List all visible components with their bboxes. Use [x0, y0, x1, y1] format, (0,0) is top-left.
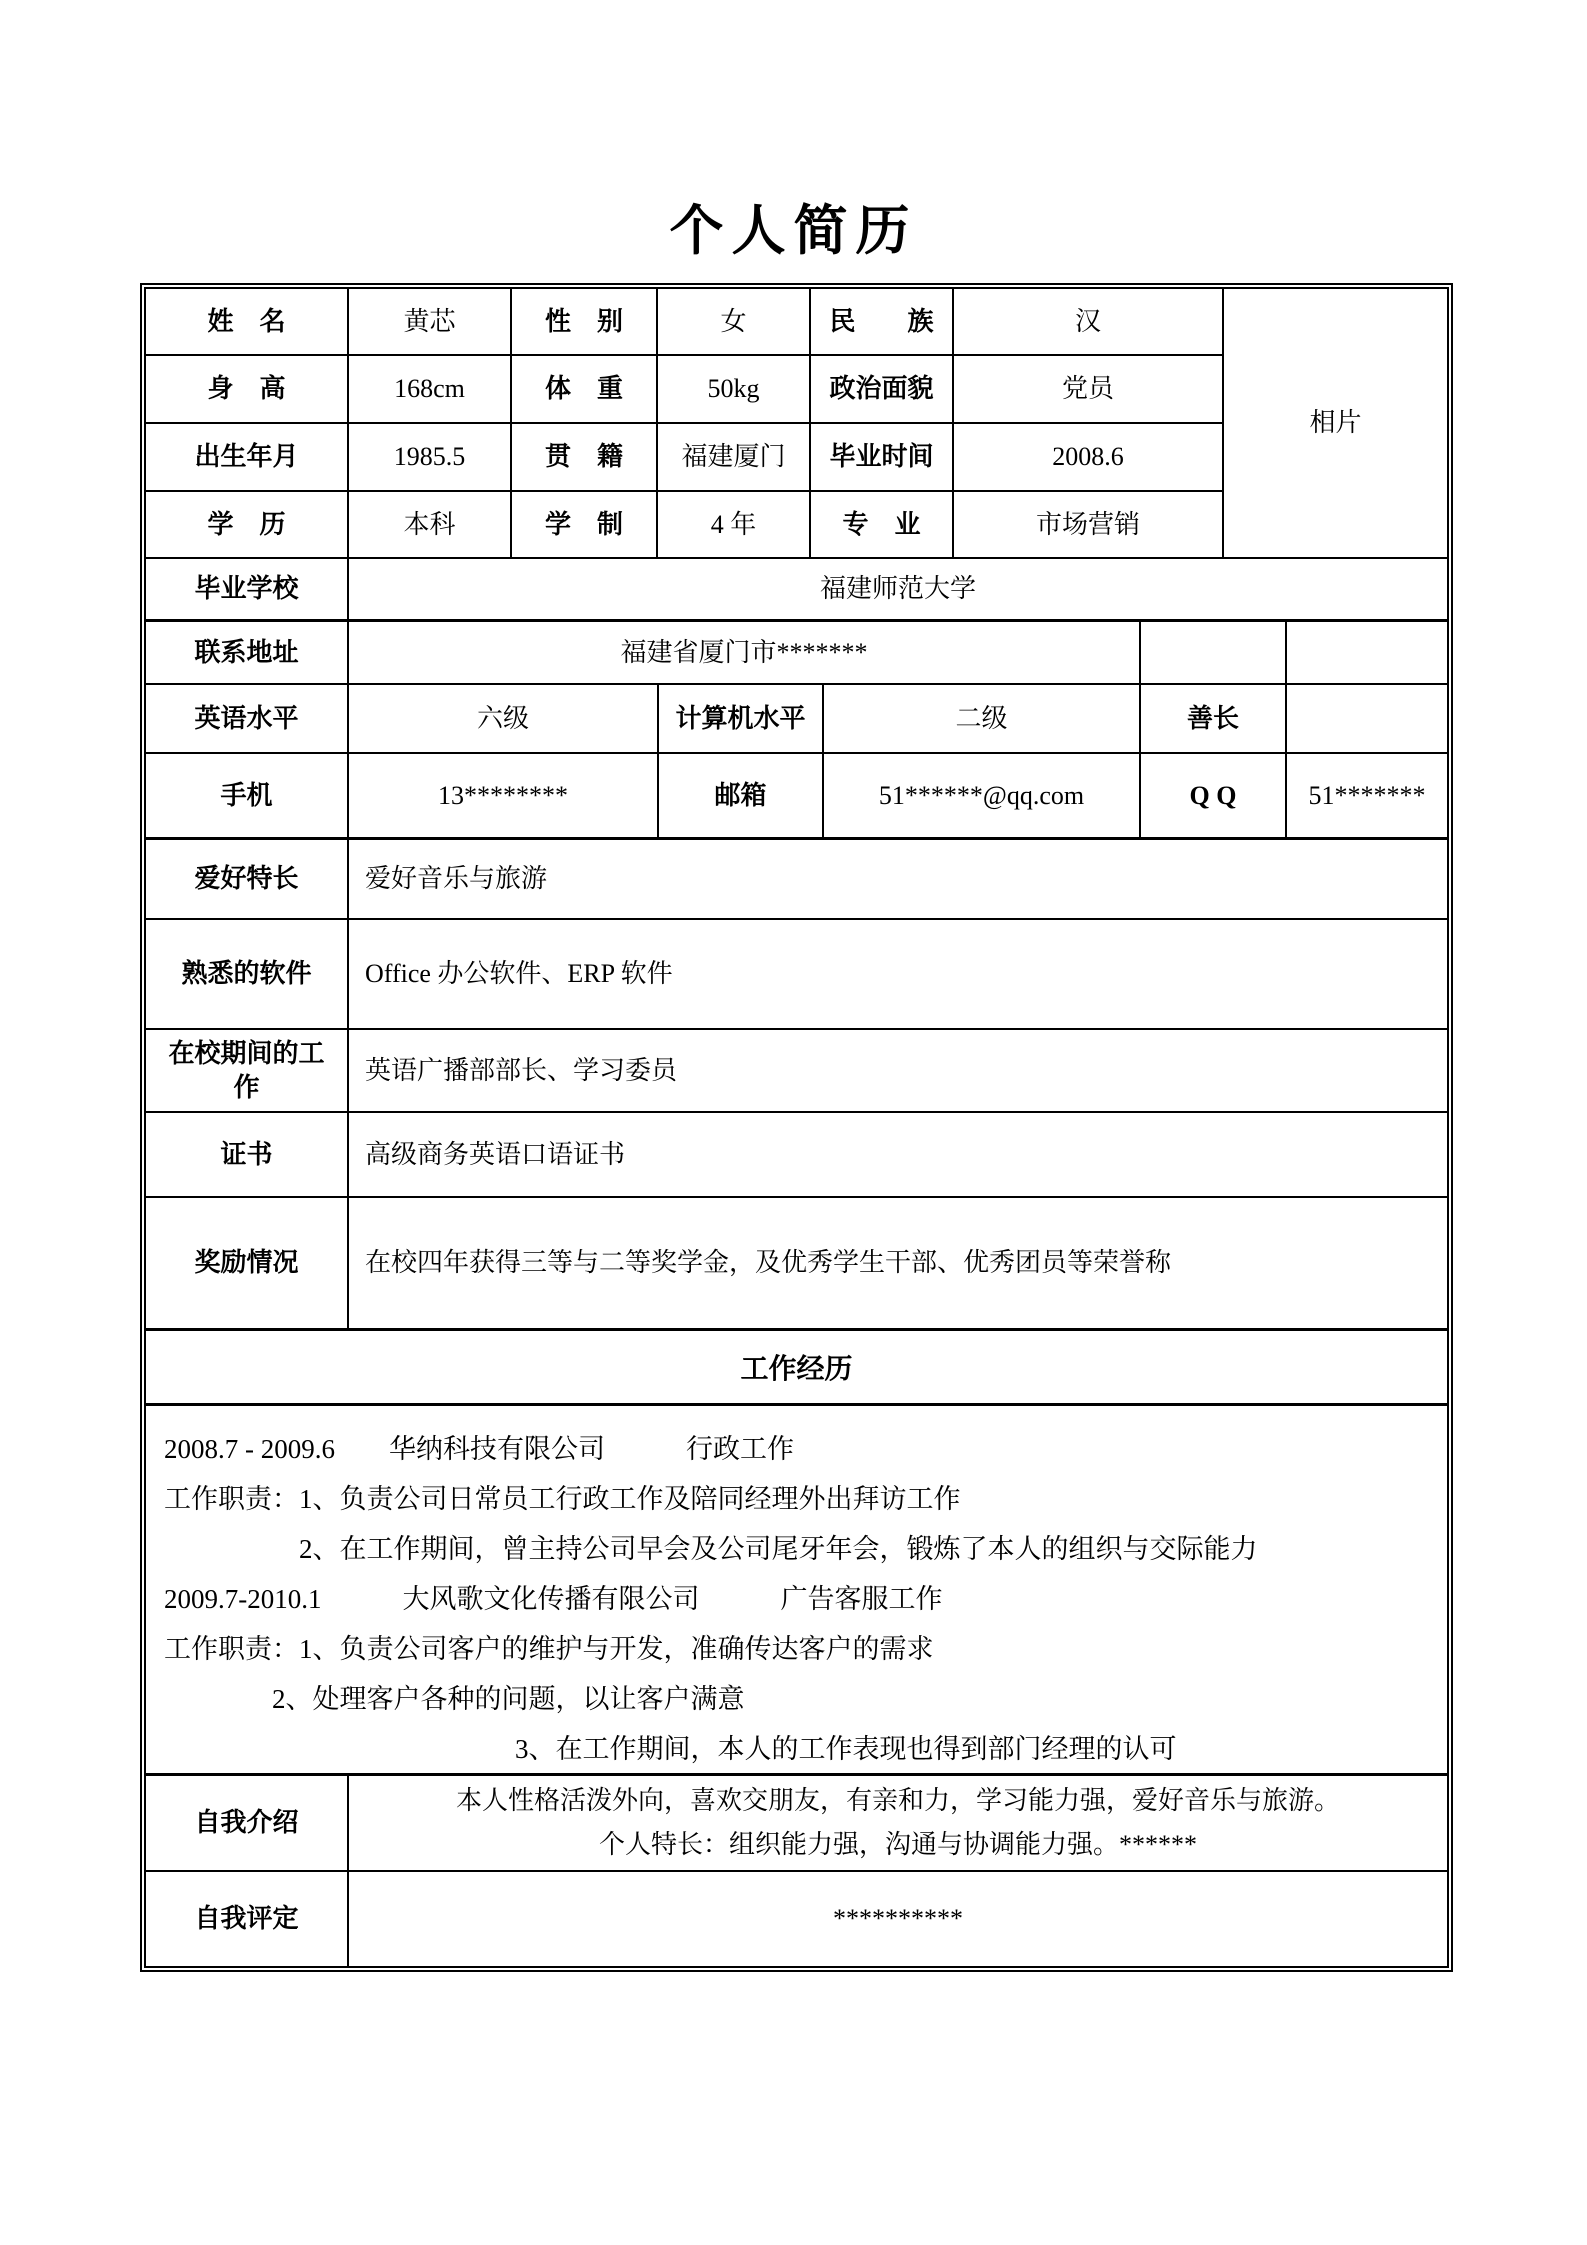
resume-page: 个人简历 姓 名 黄芯 性 别 女 民 族 汉 相片 身 高 168cm 体 重… — [0, 0, 1587, 2245]
height-label: 身 高 — [146, 356, 349, 424]
graduation-time-label: 毕业时间 — [811, 424, 954, 492]
certificates-value: 高级商务英语口语证书 — [349, 1113, 1447, 1198]
section-contact-info: 联系地址 福建省厦门市******* 英语水平 六级 计算机水平 二级 善长 手… — [146, 622, 1447, 840]
specialty-label: 善长 — [1141, 685, 1287, 754]
political-status-value: 党员 — [954, 356, 1224, 424]
self-assessment-value: ********** — [349, 1872, 1447, 1966]
work-experience-line: 工作职责：1、负责公司客户的维护与开发，准确传达客户的需求 — [164, 1624, 1429, 1674]
birth-date-value: 1985.5 — [349, 424, 512, 492]
schooling-length-value: 4 年 — [658, 492, 811, 559]
graduate-school-label: 毕业学校 — [146, 559, 349, 619]
birth-date-label: 出生年月 — [146, 424, 349, 492]
name-label: 姓 名 — [146, 289, 349, 356]
section-self: 自我介绍 本人性格活泼外向，喜欢交朋友，有亲和力，学习能力强，爱好音乐与旅游。 … — [146, 1776, 1447, 1966]
software-label: 熟悉的软件 — [146, 920, 349, 1030]
work-experience-line: 2、在工作期间，曾主持公司早会及公司尾牙年会，锻炼了本人的组织与交际能力 — [164, 1524, 1429, 1574]
work-experience-block: 2008.7 - 2009.6 华纳科技有限公司 行政工作 工作职责：1、负责公… — [146, 1406, 1447, 1776]
self-intro-value: 本人性格活泼外向，喜欢交朋友，有亲和力，学习能力强，爱好音乐与旅游。 个人特长：… — [349, 1776, 1447, 1872]
native-place-value: 福建厦门 — [658, 424, 811, 492]
weight-label: 体 重 — [512, 356, 658, 424]
ethnicity-label: 民 族 — [811, 289, 954, 356]
major-label: 专 业 — [811, 492, 954, 559]
political-status-label: 政治面貌 — [811, 356, 954, 424]
weight-value: 50kg — [658, 356, 811, 424]
self-assessment-label: 自我评定 — [146, 1872, 349, 1966]
graduate-school-value: 福建师范大学 — [349, 559, 1447, 619]
self-intro-line2: 个人特长：组织能力强，沟通与协调能力强。****** — [599, 1823, 1197, 1867]
section-basic-info: 姓 名 黄芯 性 别 女 民 族 汉 相片 身 高 168cm 体 重 50kg… — [146, 289, 1447, 622]
page-title: 个人简历 — [0, 188, 1587, 265]
major-value: 市场营销 — [954, 492, 1224, 559]
computer-level-label: 计算机水平 — [659, 685, 824, 754]
contact-address-extra-cell-2 — [1287, 622, 1447, 685]
schooling-length-label: 学 制 — [512, 492, 658, 559]
email-label: 邮箱 — [659, 754, 824, 837]
ethnicity-value: 汉 — [954, 289, 1224, 356]
photo-placeholder: 相片 — [1224, 289, 1447, 559]
contact-address-label: 联系地址 — [146, 622, 349, 685]
education-value: 本科 — [349, 492, 512, 559]
mobile-label: 手机 — [146, 754, 349, 837]
contact-address-value: 福建省厦门市******* — [349, 622, 1141, 685]
hobbies-label: 爱好特长 — [146, 840, 349, 920]
certificates-label: 证书 — [146, 1113, 349, 1198]
school-work-value: 英语广播部部长、学习委员 — [349, 1030, 1447, 1113]
qq-label: Q Q — [1141, 754, 1287, 837]
contact-address-extra-cell-1 — [1141, 622, 1287, 685]
awards-value: 在校四年获得三等与二等奖学金，及优秀学生干部、优秀团员等荣誉称 — [349, 1198, 1447, 1328]
resume-table: 姓 名 黄芯 性 别 女 民 族 汉 相片 身 高 168cm 体 重 50kg… — [140, 283, 1453, 1972]
awards-label: 奖励情况 — [146, 1198, 349, 1328]
school-work-label: 在校期间的工作 — [146, 1030, 349, 1113]
gender-label: 性 别 — [512, 289, 658, 356]
software-value: Office 办公软件、ERP 软件 — [349, 920, 1447, 1030]
height-value: 168cm — [349, 356, 512, 424]
work-experience-line: 2009.7-2010.1 大风歌文化传播有限公司 广告客服工作 — [164, 1574, 1429, 1624]
english-level-value: 六级 — [349, 685, 659, 754]
specialty-value — [1287, 685, 1447, 754]
english-level-label: 英语水平 — [146, 685, 349, 754]
name-value: 黄芯 — [349, 289, 512, 356]
mobile-value: 13******** — [349, 754, 659, 837]
qq-value: 51******* — [1287, 754, 1447, 837]
self-intro-label: 自我介绍 — [146, 1776, 349, 1872]
gender-value: 女 — [658, 289, 811, 356]
email-value: 51******@qq.com — [824, 754, 1141, 837]
self-intro-line1: 本人性格活泼外向，喜欢交朋友，有亲和力，学习能力强，爱好音乐与旅游。 — [456, 1779, 1340, 1823]
work-experience-line: 2008.7 - 2009.6 华纳科技有限公司 行政工作 — [164, 1424, 1429, 1474]
work-experience-line: 3、在工作期间，本人的工作表现也得到部门经理的认可 — [164, 1724, 1429, 1774]
hobbies-value: 爱好音乐与旅游 — [349, 840, 1447, 920]
work-experience-line: 工作职责：1、负责公司日常员工行政工作及陪同经理外出拜访工作 — [164, 1474, 1429, 1524]
graduation-time-value: 2008.6 — [954, 424, 1224, 492]
education-label: 学 历 — [146, 492, 349, 559]
work-experience-header: 工作经历 — [146, 1331, 1447, 1406]
computer-level-value: 二级 — [824, 685, 1141, 754]
section-details: 爱好特长 爱好音乐与旅游 熟悉的软件 Office 办公软件、ERP 软件 在校… — [146, 840, 1447, 1331]
native-place-label: 贯 籍 — [512, 424, 658, 492]
work-experience-line: 2、处理客户各种的问题，以让客户满意 — [164, 1674, 1429, 1724]
